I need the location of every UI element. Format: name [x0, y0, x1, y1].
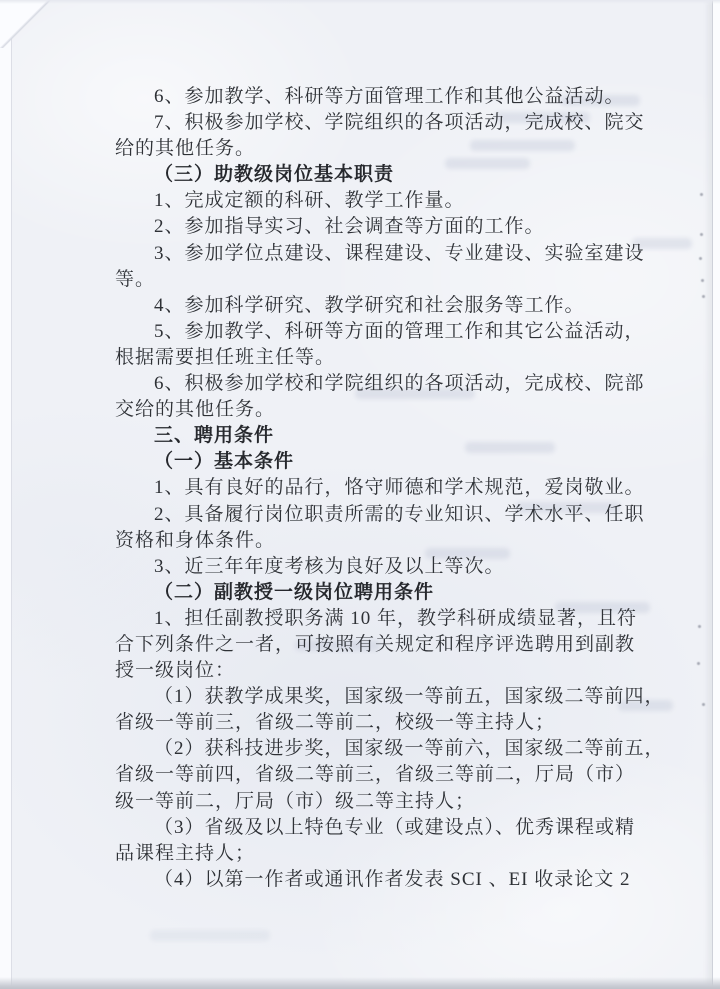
text-line: 给的其他任务。	[115, 136, 660, 162]
text-line: （3）省级及以上特色专业（或建设点）、优秀课程或精	[115, 815, 660, 841]
text-line: 1、担任副教授职务满 10 年，教学科研成绩显著，且符	[115, 606, 660, 632]
text-line: （1）获教学成果奖，国家级一等前五，国家级二等前四，	[115, 684, 660, 710]
text-line: 3、参加学位点建设、课程建设、专业建设、实验室建设	[115, 241, 660, 267]
text-line: 省级一等前三，省级二等前二，校级一等主持人；	[115, 710, 660, 736]
text-line: 2、具备履行岗位职责所需的专业知识、学术水平、任职	[115, 502, 660, 528]
text-line: 授一级岗位：	[115, 658, 660, 684]
corner-fold	[0, 0, 52, 48]
text-line: 7、积极参加学校、学院组织的各项活动，完成校、院交	[115, 110, 660, 136]
text-line: 省级一等前四，省级二等前三，省级三等前二，厅局（市）	[115, 762, 660, 788]
scan-speck	[700, 233, 703, 236]
text-line: （4）以第一作者或通讯作者发表 SCI 、EI 收录论文 2	[115, 867, 660, 893]
scan-speck	[701, 279, 704, 282]
text-line: 6、积极参加学校和学院组织的各项活动，完成校、院部	[115, 371, 660, 397]
text-line: 1、具有良好的品行，恪守师德和学术规范，爱岗敬业。	[115, 475, 660, 501]
heading-line: （三）助教级岗位基本职责	[115, 162, 660, 188]
scan-speck	[698, 625, 701, 628]
text-line: 合下列条件之一者，可按照有关规定和程序评选聘用到副教	[115, 632, 660, 658]
text-line: 6、参加教学、科研等方面管理工作和其他公益活动。	[115, 84, 660, 110]
text-line: 3、近三年年度考核为良好及以上等次。	[115, 554, 660, 580]
scan-speck	[699, 257, 702, 260]
page-right-edge	[712, 0, 720, 989]
scan-speck	[700, 193, 703, 196]
heading-line: （一）基本条件	[115, 449, 660, 475]
text-line: 等。	[115, 267, 660, 293]
text-line: 1、完成定额的科研、教学工作量。	[115, 188, 660, 214]
text-line: 根据需要担任班主任等。	[115, 345, 660, 371]
heading-line: 三、聘用条件	[115, 423, 660, 449]
top-edge-shadow	[0, 0, 720, 4]
document-text: 6、参加教学、科研等方面管理工作和其他公益活动。7、积极参加学校、学院组织的各项…	[115, 84, 660, 893]
bottom-edge-shadow	[0, 977, 720, 989]
scanned-document-page: { "page": { "colors": { "paper_bg": "#ef…	[0, 0, 720, 989]
text-line: 5、参加教学、科研等方面的管理工作和其它公益活动，	[115, 319, 660, 345]
text-line: 交给的其他任务。	[115, 397, 660, 423]
scan-speck	[702, 295, 705, 298]
text-line: 品课程主持人；	[115, 841, 660, 867]
bleedthrough-artifact	[150, 930, 270, 941]
scan-speck	[697, 662, 700, 665]
text-line: （2）获科技进步奖，国家级一等前六，国家级二等前五，	[115, 736, 660, 762]
heading-line: （二）副教授一级岗位聘用条件	[115, 580, 660, 606]
text-line: 资格和身体条件。	[115, 528, 660, 554]
text-line: 级一等前二，厅局（市）级二等主持人；	[115, 789, 660, 815]
text-line: 2、参加指导实习、社会调查等方面的工作。	[115, 214, 660, 240]
page-left-edge	[0, 0, 12, 989]
scan-speck	[702, 703, 705, 706]
text-line: 4、参加科学研究、教学研究和社会服务等工作。	[115, 293, 660, 319]
